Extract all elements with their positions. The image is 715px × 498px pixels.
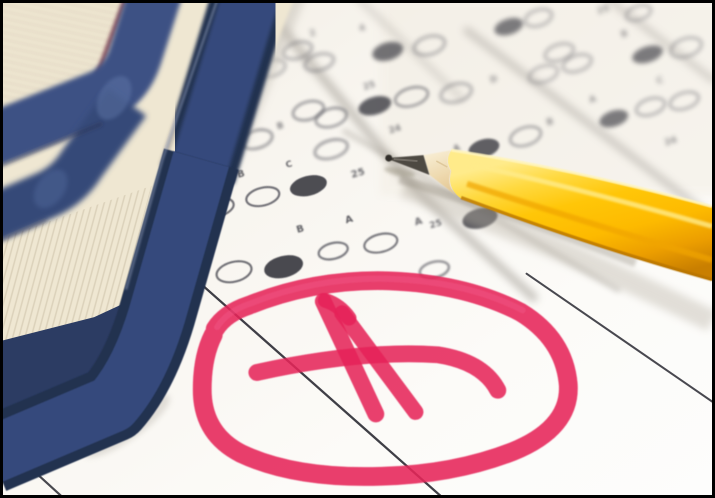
pencil-tip-point xyxy=(385,155,392,162)
scene-svg: BC25DBAA25AB252425BAC24BD24D xyxy=(3,3,712,495)
photo-stage: BC25DBAA25AB252425BAC24BD24D xyxy=(0,0,715,498)
